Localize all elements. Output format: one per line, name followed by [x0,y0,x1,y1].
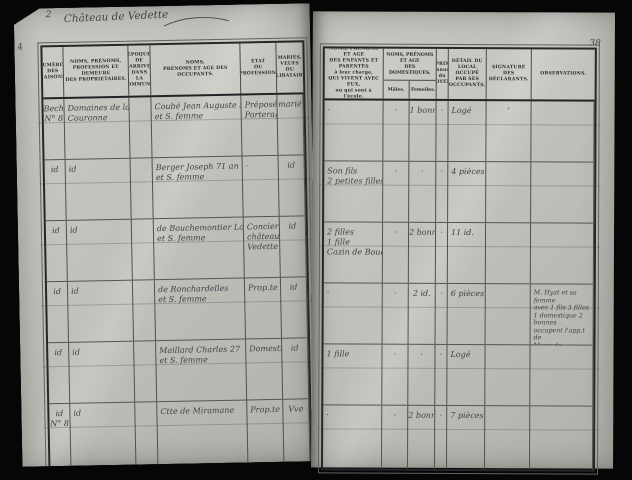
table-cell-rent: · [436,284,448,344]
table-cell-lodging: 7 pièces [447,406,485,469]
column-header-numeros: NUMÉROS DES MAISONS. [42,47,64,97]
table-cell-num: id [48,343,70,403]
handwritten-entry: avec 1 fils 3 filles [534,304,591,312]
handwritten-entry: id [280,221,305,231]
table-cell-owner: id [69,342,135,403]
table-cell-rent: · [435,406,447,469]
handwritten-entry: M.me de Ronchardelles [533,342,590,345]
handwritten-entry: 1 fille [326,349,379,359]
handwritten-entry: 11 id. [451,228,483,238]
table-cell-children: · [324,283,383,343]
column-header-observations: OBSERVATIONS. [532,49,595,99]
table-cell-owner: id [68,281,134,342]
table-cell-male: · [383,101,409,161]
handwritten-entry: Domaines de la [67,103,126,114]
table-row: 1 fille···Logé [323,344,593,406]
handwritten-entry: et S. femme [158,294,242,306]
table-row: 2 filles1 filleCazin de Bouchemane 70 an… [324,222,594,284]
column-header-enfants: NOMS, PRÉNOMS ET AGE DES ENFANTS ET PARE… [325,48,384,98]
table-cell-observations: M. Hyat et sa femmeavec 1 fils 3 filles1… [531,284,594,344]
handwritten-entry: id [73,408,132,419]
column-header-occupants: NOMS, PRÉNOMS ET AGE DES OCCUPANTS. [150,44,241,96]
handwritten-entry: Préposé de [244,100,274,111]
handwritten-entry: 4 pièces [451,167,483,177]
table-cell-epoch [134,341,157,401]
column-header-epoque: ÉPOQUE DE L'ARRIVÉE DANS LA COMMUNE. [128,45,151,95]
handwritten-entry: Porterage [245,110,275,121]
handwritten-entry: Domestique [249,344,279,355]
handwritten-entry: 1 bonne [410,106,436,116]
column-header-domestiques: NOMS, PRÉNOMS ET AGE DES DOMESTIQUES. Mâ… [384,49,437,99]
handwritten-entry: · [383,289,408,299]
table-cell-lodging: 6 pièces [448,284,486,344]
handwritten-entry: id [46,226,66,236]
handwritten-entry: · [383,167,408,177]
table-row: Son fils2 petites filles···4 pièces [324,161,594,223]
column-header-domestiques-main: NOMS, PRÉNOMS ET AGE DES DOMESTIQUES. [384,49,436,81]
handwritten-entry: M. Hyat et sa femme [534,289,591,304]
handwritten-entry: · [437,106,448,116]
handwritten-entry: id [47,287,67,297]
handwritten-entry: id [71,286,130,297]
table-cell-status: id [280,216,307,276]
table-cell-status: marié [277,94,304,154]
table-cell-signature: ’ [486,101,531,161]
table-cell-female: · [408,345,435,405]
handwritten-entry: · [326,410,379,420]
table-cell-children: 2 filles1 filleCazin de Bouchemane 70 an… [324,222,383,282]
table-cell-status: id [279,155,306,215]
table-cell-owner: id [70,403,136,467]
table-cell-num: id [47,282,69,342]
table-cell-occupants: de Bouchemontier Louis Andréet S. femme [154,218,245,280]
table-cell-status: id [282,338,309,398]
handwritten-entry: N° 8 [50,419,70,429]
handwritten-entry: marié [277,99,302,109]
table-cell-profession: · [243,156,280,217]
table-cell-children: 1 fille [323,344,382,404]
handwritten-entry: château de [247,232,277,243]
column-header-prix: PRIX annuel du LOYER. [437,49,449,99]
table-cell-signature [485,406,530,469]
handwritten-entry: id [282,343,307,353]
table-cell-signature [486,223,531,283]
table-cell-observations [531,223,594,283]
handwritten-entry: id [45,165,65,175]
table-cell-profession: Prop.te [247,400,284,464]
table-cell-female: 2 id. [409,284,436,344]
table-cell-status: id [281,277,308,337]
table-row: idN° 8idCtte de MiramaneProp.teVve [49,399,310,467]
table-cell-epoch [132,219,155,279]
table-cell-male: · [382,406,408,469]
handwritten-entry: id [48,348,68,358]
table-cell-rent: · [436,101,448,161]
column-header-signature: SIGNATURE DES DÉCLARANTS. [487,49,532,99]
right-table-header: NOMS, PRÉNOMS ET AGE DES ENFANTS ET PARE… [325,48,595,101]
handwritten-entry: Logé [452,106,484,116]
table-cell-male: · [383,223,409,283]
handwritten-entry: Ctte de Miramane [160,406,244,418]
handwritten-entry: · [327,288,380,298]
handwritten-entry: Bechet [43,104,63,114]
table-cell-owner: id [67,220,133,281]
handwritten-entry: Concierge du [247,222,277,233]
table-cell-status: Vve [283,399,310,462]
handwritten-entry: · [408,350,434,360]
table-cell-profession: Concierge duchâteau deVedette [244,217,281,278]
table-cell-num: id [46,221,68,281]
census-table-right: NOMS, PRÉNOMS ET AGE DES ENFANTS ET PARE… [318,43,600,474]
table-row: ··2 id.·6 piècesM. Hyat et sa femmeavec … [324,283,594,345]
handwritten-entry: 6 pièces [451,289,483,299]
handwritten-entry: id [72,347,131,358]
handwritten-entry: occupent l'app.t de [534,327,591,342]
left-page: 2 4 Château de Vedette NUMÉROS DES MAISO… [14,3,319,467]
handwritten-entry: · [382,411,407,421]
handwritten-entry: Cazin de Bouchemane 70 ans [327,247,380,257]
handwritten-entry: Prop.te [250,405,280,416]
table-row: ididde Bouchemontier Louis Andréet S. fe… [46,216,307,282]
table-cell-occupants: Maillard Charles 27et S. femme [156,339,247,401]
handwritten-entry: et S. femme [156,172,240,184]
table-cell-lodging: 11 id. [448,223,486,283]
handwritten-entry: 1 fille [327,237,380,247]
table-cell-lodging: Logé [447,345,485,405]
handwritten-entry: N° 8 [44,114,64,124]
table-cell-observations [531,162,594,222]
table-cell-occupants: de Ronchardelleset S. femme [155,278,246,340]
table-cell-female: 1 bonne [409,101,436,161]
handwritten-entry: 1 domestique 2 bonnes [534,312,591,327]
table-cell-num: BechetN° 8 [43,99,65,159]
table-cell-rent: · [436,223,448,283]
left-page-number: 2 [46,10,52,20]
page-title: Château de Vedette [64,9,169,26]
table-cell-occupants: Berger Joseph 71 anet S. femme [153,157,244,219]
table-cell-profession: Préposé dePorterage [241,95,278,156]
table-cell-epoch [129,97,152,157]
document-scan: 2 4 Château de Vedette NUMÉROS DES MAISO… [0,0,632,480]
table-cell-profession: Domestique [246,339,283,400]
handwritten-entry: id [70,225,129,236]
table-cell-epoch [131,158,154,218]
handwritten-entry: · [382,350,407,360]
handwritten-entry: et S. femme [157,233,241,245]
table-cell-lodging: 4 pièces [448,162,486,222]
handwritten-entry: 2 petites filles [327,176,380,186]
handwritten-entry: 2 filles [327,227,380,237]
handwritten-entry: · [383,228,408,238]
table-cell-signature [486,162,531,222]
column-header-etat: ÉTAT OU PROFESSION. [240,43,277,94]
table-cell-occupants: Ctte de Miramane [157,400,248,465]
handwritten-entry: id [69,164,128,175]
table-row: ididMaillard Charles 27et S. femmeDomest… [48,338,309,404]
right-page: 38 NOMS, PRÉNOMS ET AGE DES ENFANTS ET P… [311,11,615,468]
table-cell-female: 2 bonnes [408,406,435,469]
table-row: BechetN° 8Domaines de laCouronneCoubé Je… [43,94,304,160]
table-cell-profession: Prop.te [245,278,282,339]
column-header-femelles: Femelles. [410,81,437,99]
table-cell-num: id [45,160,67,220]
table-cell-epoch [135,402,158,465]
handwritten-entry: · [435,350,446,360]
handwritten-entry: · [435,411,446,421]
column-header-proprietaires: NOMS, PRÉNOMS, PROFESSION ET DEMEURE DES… [63,46,129,97]
table-cell-female: · [409,162,436,222]
handwritten-entry: · [436,167,447,177]
handwritten-entry: Couronne [68,113,127,124]
table-cell-observations [530,345,593,405]
left-table-body: BechetN° 8Domaines de laCouronneCoubé Je… [43,94,310,467]
table-cell-male: · [383,162,409,222]
handwritten-entry: Vve [283,404,308,414]
table-cell-lodging: Logé [448,101,486,161]
table-cell-occupants: Coubé Jean Auguste 52 anet S. femme [151,96,242,158]
handwritten-entry: · [384,106,409,116]
table-cell-children: Son fils2 petites filles [324,161,383,221]
table-cell-signature [485,345,530,405]
table-cell-num: idN° 8 [49,404,71,467]
handwritten-entry: · [328,105,381,115]
table-row: ··1 bonne·Logé’ [324,100,594,162]
handwritten-entry: id [281,282,306,292]
table-cell-owner: id [66,159,132,220]
handwritten-entry: 2 id. [409,289,435,299]
handwritten-entry: · [409,167,435,177]
handwritten-entry: 7 pièces [450,411,482,421]
table-row: ··2 bonnes·7 pièces [323,405,593,469]
table-row: ididBerger Joseph 71 anet S. femme·id [45,155,306,221]
table-cell-male: · [382,345,408,405]
table-cell-female: 2 bonnes [409,223,436,283]
right-table-body: ··1 bonne·Logé’Son fils2 petites filles·… [323,100,595,469]
table-cell-epoch [133,280,156,340]
handwritten-entry: et S. femme [155,111,239,123]
handwritten-entry: · [246,161,276,172]
table-cell-owner: Domaines de laCouronne [64,98,130,159]
handwritten-entry: id [49,409,69,419]
census-table-left: NUMÉROS DES MAISONS. NOMS, PRÉNOMS, PROF… [37,37,315,472]
handwritten-entry: Vedette [247,242,277,253]
table-cell-signature [486,284,531,344]
column-header-maries: MARIÉS, VEUFS OU CÉLIBATAIRES. [276,42,303,92]
handwritten-entry: ’ [487,106,531,116]
table-cell-children: · [323,405,382,468]
handwritten-entry: et S. femme [159,355,243,367]
handwritten-entry: Logé [450,350,482,360]
handwritten-entry: 2 bonnes [408,411,434,421]
handwritten-entry: · [436,289,447,299]
handwritten-entry: 2 bonnes [409,228,435,238]
handwritten-entry: · [436,228,447,238]
table-cell-observations [530,406,593,469]
handwritten-entry: Prop.te [248,283,278,294]
left-table-header: NUMÉROS DES MAISONS. NOMS, PRÉNOMS, PROF… [42,42,303,99]
table-cell-rent: · [435,345,447,405]
column-header-detail-local: DÉTAIL DU LOCAL OCCUPÉ PAR SES OCCUPANTS… [449,49,487,99]
flourish-stroke-icon [162,13,232,33]
table-cell-male: · [383,284,409,344]
table-cell-rent: · [436,162,448,222]
table-cell-observations [531,101,594,161]
margin-mark: 4 [16,42,24,53]
table-cell-children: · [324,100,383,160]
handwritten-entry: id [279,160,304,170]
column-header-males: Mâles. [384,81,410,99]
handwritten-entry: Son fils [327,166,380,176]
table-row: ididde Ronchardelleset S. femmeProp.teid [47,277,308,343]
